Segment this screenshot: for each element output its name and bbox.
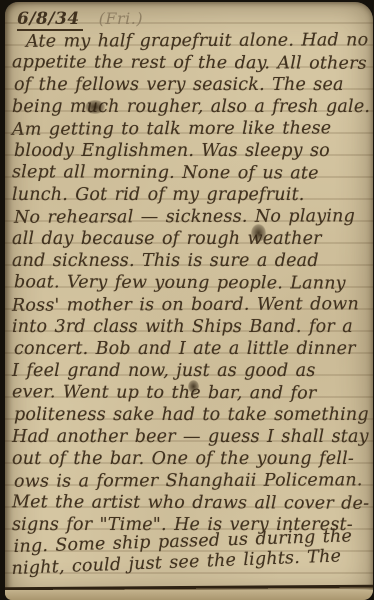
date-line: 6/8/34 (Fri.) [5, 2, 373, 29]
handwritten-line: ever. Went up to the bar, and for [12, 381, 371, 405]
handwritten-line: boat. Very few young people. Lanny [14, 271, 371, 295]
handwritten-line: lunch. Got rid of my grapefruit. [12, 184, 371, 206]
handwritten-line: politeness sake had to take something [14, 404, 371, 426]
handwritten-line: into 3rd class with Ships Band. for a [12, 316, 371, 338]
entry-weekday: (Fri.) [99, 9, 143, 28]
handwritten-line: No rehearsal — sickness. No playing [14, 205, 371, 229]
entry-text: Ate my half grapefruit alone. Had no app… [5, 29, 373, 580]
handwritten-line: Ross' mother is on board. Went down [12, 293, 371, 317]
handwritten-line: appetite the rest of the day. All others [12, 51, 371, 75]
handwritten-line: slept all morning. None of us ate [12, 161, 371, 185]
handwritten-line: of the fellows very seasick. The sea [14, 74, 371, 96]
handwritten-line: I feel grand now, just as good as [12, 360, 371, 382]
handwritten-line: and sickness. This is sure a dead [12, 250, 371, 272]
handwritten-line: ows is a former Shanghaii Policeman. [14, 469, 371, 493]
entry-date: 6/8/34 [17, 9, 83, 31]
handwritten-line: Met the artist who draws all cover de- [12, 491, 371, 515]
handwritten-line: Ate my half grapefruit alone. Had no [12, 29, 371, 53]
handwritten-line: concert. Bob and I ate a little dinner [14, 338, 371, 360]
handwritten-line: out of the bar. One of the young fell- [12, 448, 371, 470]
handwritten-line: all day because of rough weather [12, 228, 371, 250]
handwritten-line: Am getting to talk more like these [12, 117, 371, 141]
page-edge-band [5, 590, 373, 600]
journal-page: 6/8/34 (Fri.) Ate my half grapefruit alo… [5, 2, 373, 600]
handwritten-line: bloody Englishmen. Was sleepy so [14, 140, 371, 162]
handwritten-line: being much rougher, also a fresh gale. [12, 96, 371, 118]
scanned-journal-photo: 6/8/34 (Fri.) Ate my half grapefruit alo… [0, 0, 374, 600]
handwritten-line: Had another beer — guess I shall stay [12, 426, 371, 448]
